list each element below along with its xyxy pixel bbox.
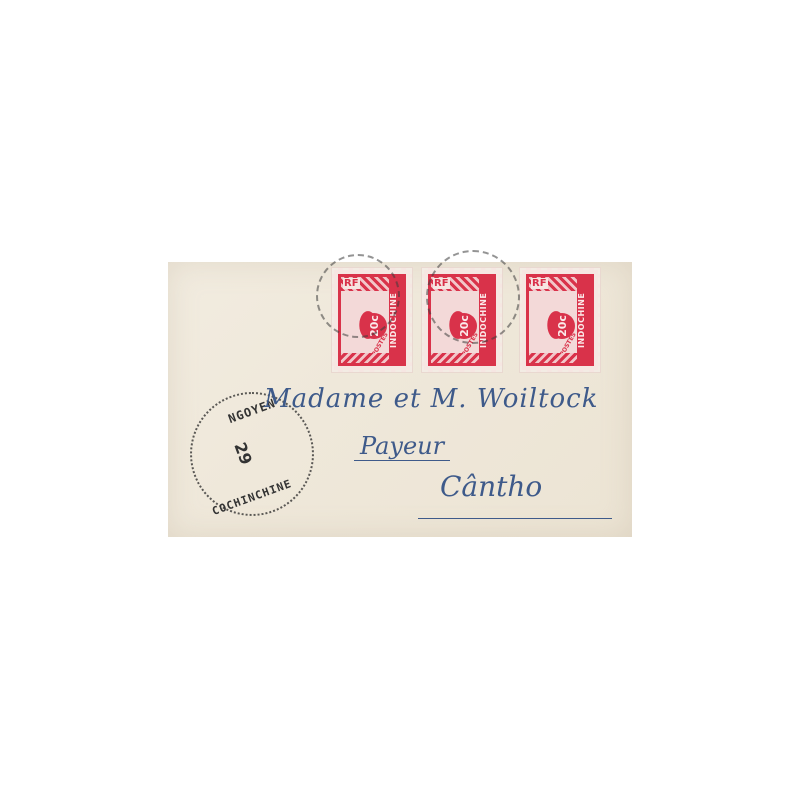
cancellation-mark	[426, 250, 520, 344]
postmark-bottom-text: COCHINCHINE	[193, 471, 310, 524]
stamp-country: INDOCHINE	[577, 277, 591, 363]
address-line-title: Payeur	[354, 432, 450, 461]
address-line-recipient: Madame et M. Woiltock	[264, 384, 599, 414]
address-line-city: Cântho	[440, 470, 542, 503]
cancellation-mark	[316, 254, 400, 338]
stamp-3: RF 20c POSTES INDOCHINE	[520, 268, 600, 372]
envelope: RF 20c POSTES INDOCHINE RF 20c POSTES IN…	[168, 262, 632, 537]
address-underline	[418, 518, 612, 519]
stamp-rf: RF	[531, 278, 548, 289]
postmark-date: 29	[230, 440, 255, 467]
